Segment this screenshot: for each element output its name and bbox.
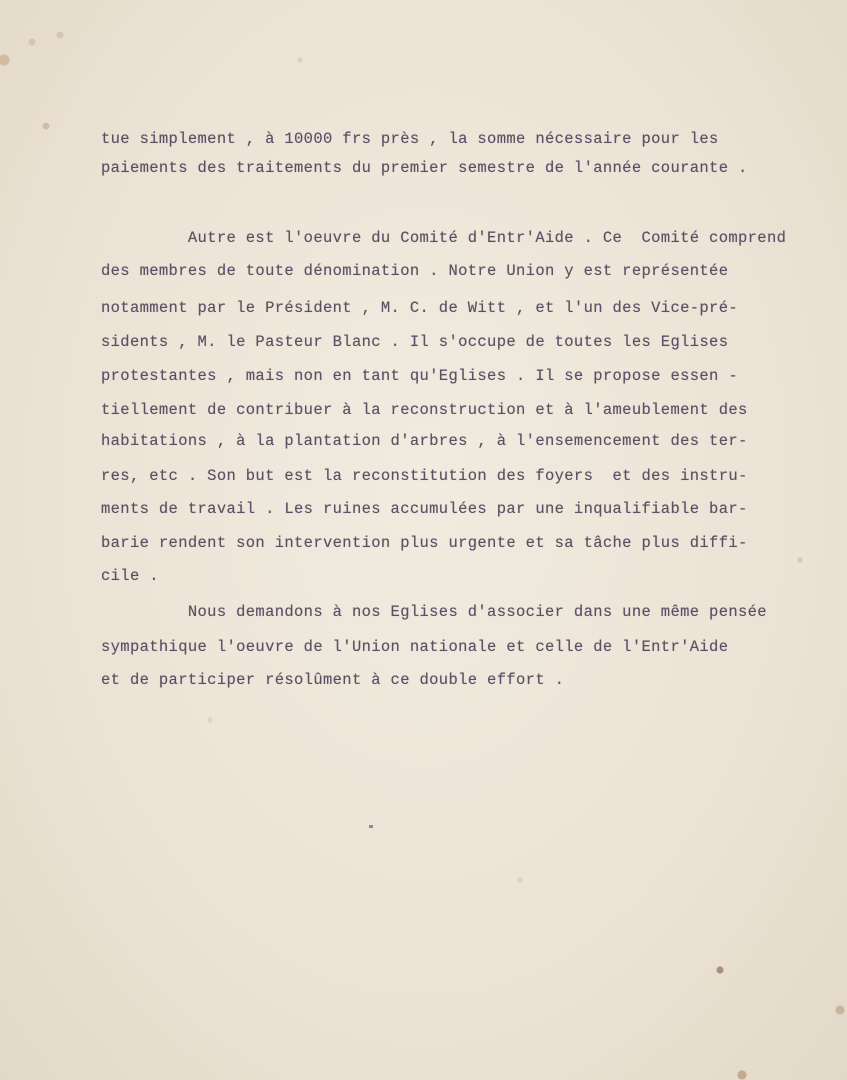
text-line: habitations , à la plantation d'arbres ,… [101,434,748,450]
text-line: protestantes , mais non en tant qu'Eglis… [101,369,738,385]
text-line: barie rendent son intervention plus urge… [101,536,748,552]
text-line: cile . [101,569,159,585]
text-line: res, etc . Son but est la reconstitution… [101,469,748,485]
text-line: ments de travail . Les ruines accumulées… [101,502,748,518]
text-line: paiements des traitements du premier sem… [101,161,748,177]
text-line: tiellement de contribuer à la reconstruc… [101,403,748,419]
ink-speck [369,825,373,828]
text-line: et de participer résolûment à ce double … [101,673,564,689]
text-line: sympathique l'oeuvre de l'Union national… [101,640,728,656]
text-line: des membres de toute dénomination . Notr… [101,264,728,280]
text-line: Nous demandons à nos Eglises d'associer … [101,605,767,621]
text-line: sidents , M. le Pasteur Blanc . Il s'occ… [101,335,728,351]
text-line: notamment par le Président , M. C. de Wi… [101,301,738,317]
typewritten-page: tue simplement , à 10000 frs près , la s… [0,0,847,1080]
text-line: Autre est l'oeuvre du Comité d'Entr'Aide… [101,231,786,247]
text-line: tue simplement , à 10000 frs près , la s… [101,132,719,148]
